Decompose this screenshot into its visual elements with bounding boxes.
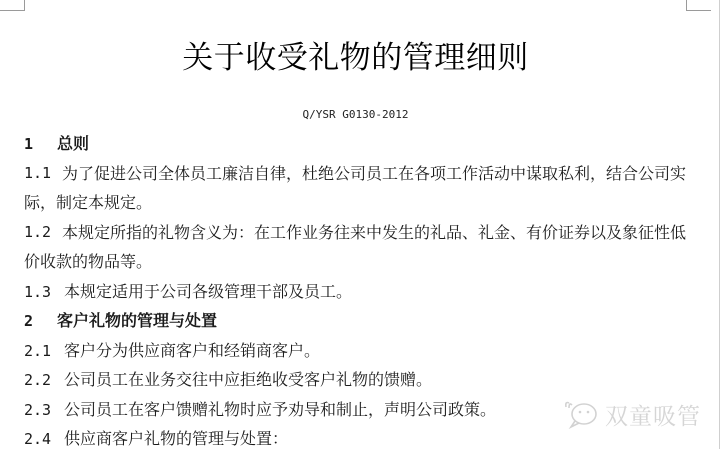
document-title: 关于收受礼物的管理细则 — [0, 38, 711, 78]
clause-continuation: 际，制定本规定。 — [24, 188, 686, 218]
document-page: 关于收受礼物的管理细则 Q/YSR G0130-2012 1总则 1.1为了促进… — [0, 0, 721, 449]
clause-text: 公司员工在业务交往中应拒绝收受客户礼物的馈赠。 — [64, 370, 432, 389]
document-code: Q/YSR G0130-2012 — [0, 107, 711, 123]
crop-mark-top-right — [686, 0, 711, 11]
clause-text: 为了促进公司全体员工廉洁自律，杜绝公司员工在各项工作活动中谋取私利，结合公司实 — [62, 159, 686, 189]
page-edge — [719, 0, 720, 449]
wechat-bubble-icon — [563, 399, 599, 429]
clause-text: 际，制定本规定。 — [24, 193, 152, 212]
clause-line: 2.2公司员工在业务交往中应拒绝收受客户礼物的馈赠。 — [24, 365, 686, 395]
watermark-text: 双童吸管 — [605, 398, 701, 431]
section-title: 总则 — [57, 134, 89, 153]
section-heading: 1总则 — [24, 129, 686, 159]
clause-line: 1.2本规定所指的礼物含义为：在工作业务往来中发生的礼品、礼金、有价证券以及象征… — [24, 218, 686, 248]
watermark: 双童吸管 — [563, 398, 701, 430]
clause-text: 价收款的物品等。 — [24, 252, 152, 271]
clause-number: 1.3 — [24, 278, 64, 308]
crop-mark-top-left — [0, 0, 25, 11]
clause-line: 1.1为了促进公司全体员工廉洁自律，杜绝公司员工在各项工作活动中谋取私利，结合公… — [24, 159, 686, 189]
clause-continuation: 价收款的物品等。 — [24, 247, 686, 277]
section-title: 客户礼物的管理与处置 — [57, 311, 217, 330]
clause-text: 公司员工在客户馈赠礼物时应予劝导和制止，声明公司政策。 — [64, 400, 496, 419]
section-number: 2 — [24, 307, 57, 337]
clause-number: 2.3 — [24, 396, 64, 426]
clause-number: 1.2 — [24, 218, 62, 248]
section-number: 1 — [24, 130, 57, 160]
clause-text: 本规定适用于公司各级管理干部及员工。 — [64, 282, 352, 301]
clause-number: 1.1 — [24, 159, 62, 189]
section-heading: 2客户礼物的管理与处置 — [24, 306, 686, 336]
clause-number: 2.2 — [24, 366, 64, 396]
clause-number: 2.1 — [24, 337, 64, 367]
clause-text: 本规定所指的礼物含义为：在工作业务往来中发生的礼品、礼金、有价证券以及象征性低 — [62, 218, 686, 248]
clause-line: 2.1客户分为供应商客户和经销商客户。 — [24, 336, 686, 366]
clause-line: 1.3本规定适用于公司各级管理干部及员工。 — [24, 277, 686, 307]
clause-number: 2.4 — [24, 425, 64, 449]
clause-text: 客户分为供应商客户和经销商客户。 — [64, 341, 320, 360]
clause-text: 供应商客户礼物的管理与处置： — [64, 429, 288, 448]
